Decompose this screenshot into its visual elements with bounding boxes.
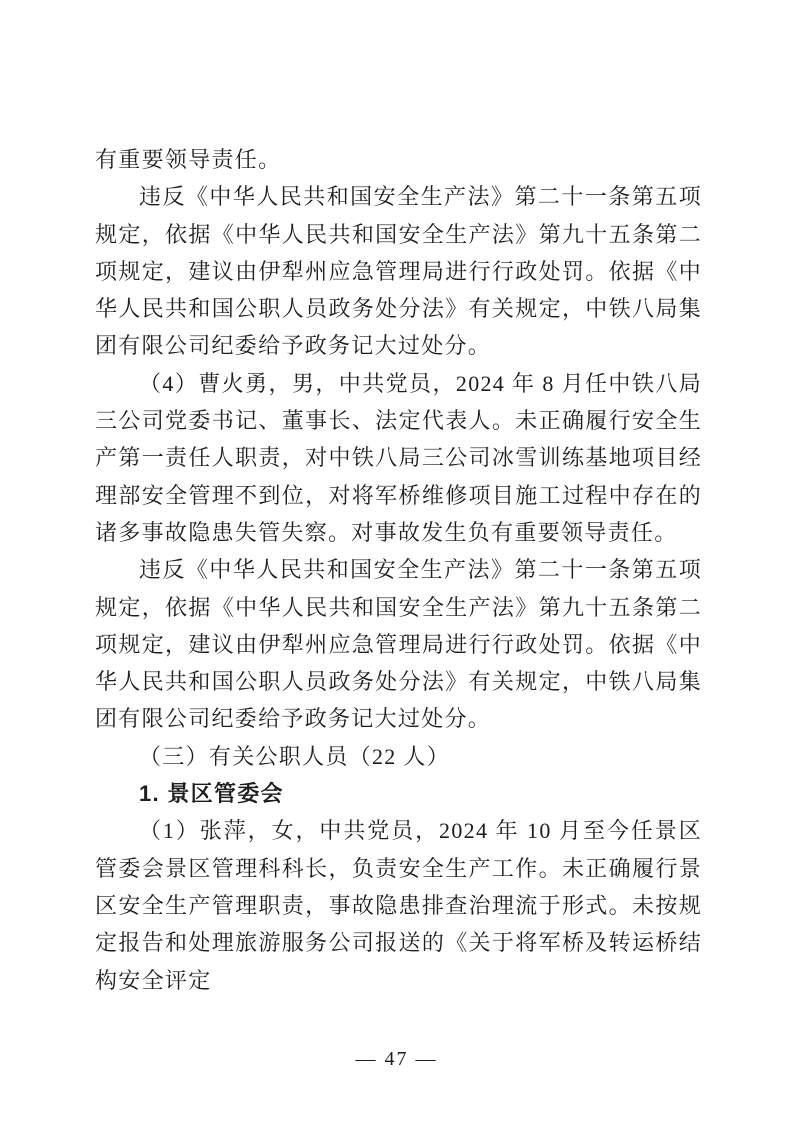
document-page: 有重要领导责任。 违反《中华人民共和国安全生产法》第二十一条第五项规定，依据《中… (0, 0, 793, 1122)
body-paragraph-violation-1: 违反《中华人民共和国安全生产法》第二十一条第五项规定，依据《中华人民共和国安全生… (95, 178, 702, 364)
document-body: 有重要领导责任。 违反《中华人民共和国安全生产法》第二十一条第五项规定，依据《中… (95, 141, 702, 999)
body-paragraph-continuation: 有重要领导责任。 (95, 141, 702, 178)
body-paragraph-violation-2: 违反《中华人民共和国安全生产法》第二十一条第五项规定，依据《中华人民共和国安全生… (95, 551, 702, 737)
section-heading-public-officials: （三）有关公职人员（22 人） (95, 738, 702, 775)
body-paragraph-person-4: （4）曹火勇，男，中共党员，2024 年 8 月任中铁八局三公司党委书记、董事长… (95, 365, 702, 551)
body-paragraph-person-1-zhangping: （1）张萍，女，中共党员，2024 年 10 月至今任景区管委会景区管理科科长，… (95, 812, 702, 998)
page-number: — 47 — (0, 1048, 793, 1071)
subsection-heading-scenic-area-committee: 1. 景区管委会 (95, 775, 702, 812)
